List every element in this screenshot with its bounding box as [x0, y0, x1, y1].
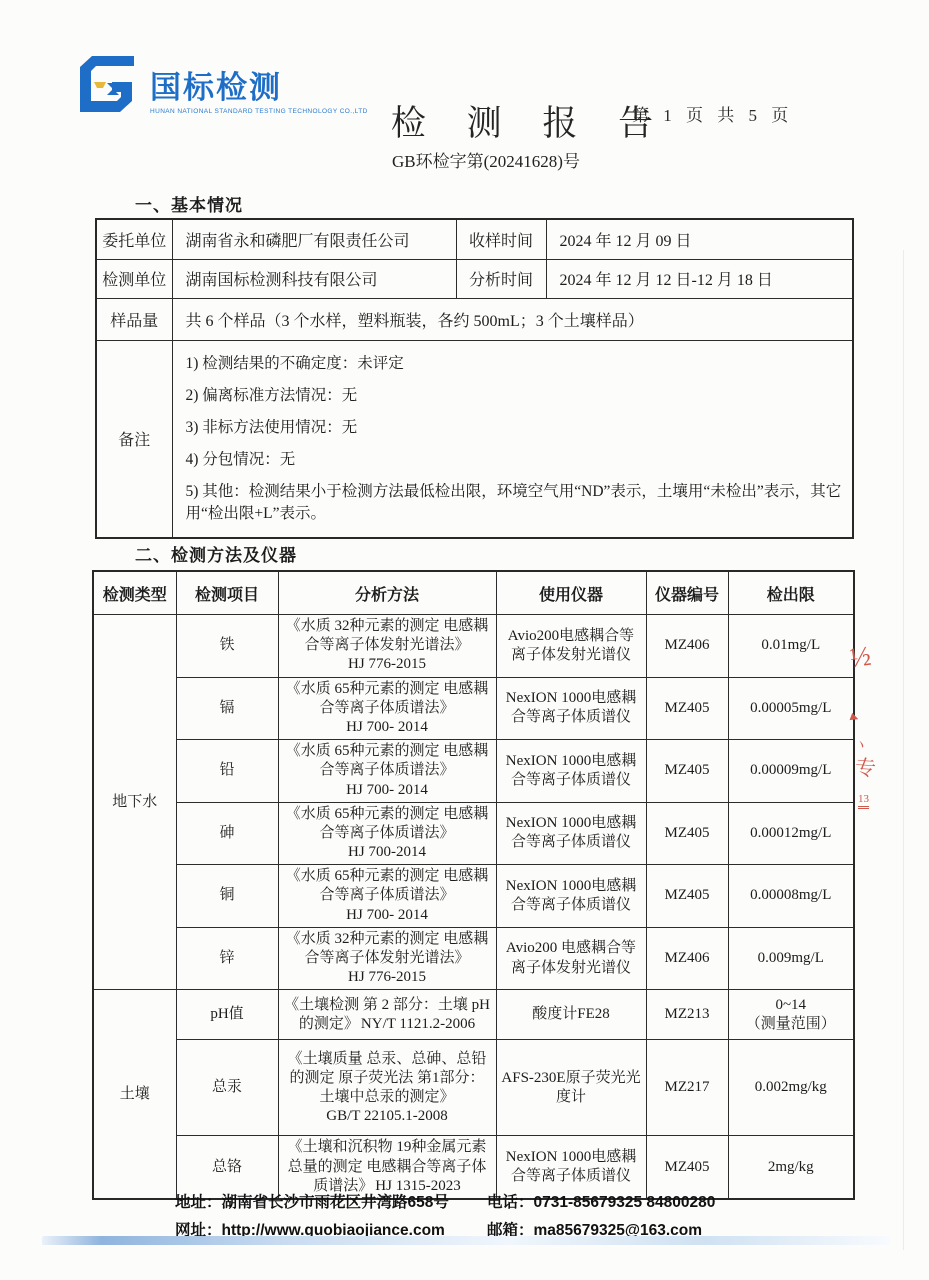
method-cell: 《土壤检测 第 2 部分：土壤 pH 的测定》NY/T 1121.2-2006 [278, 990, 496, 1040]
col-header: 检出限 [728, 571, 854, 615]
method-cell: 《水质 65种元素的测定 电感耦合等离子体质谱法》HJ 700-2014 [278, 802, 496, 865]
remark-line: 2) 偏离标准方法情况：无 [186, 385, 849, 407]
company-logo: 国标检测 HUNAN NATIONAL STANDARD TESTING TEC… [74, 52, 368, 116]
method-cell: 《水质 32种元素的测定 电感耦合等离子体发射光谱法》HJ 776-2015 [278, 615, 496, 678]
col-header: 使用仪器 [496, 571, 646, 615]
col-header: 检测项目 [176, 571, 278, 615]
table-row: 镉 《水质 65种元素的测定 电感耦合等离子体质谱法》HJ 700- 2014 … [93, 677, 854, 740]
code-cell: MZ213 [646, 990, 728, 1040]
instrument-cell: AFS-230E原子荧光光度计 [496, 1040, 646, 1136]
code-cell: MZ405 [646, 740, 728, 803]
instrument-cell: NexION 1000电感耦合等离子体质谱仪 [496, 802, 646, 865]
margin-annotation: 专 [854, 751, 877, 782]
limit-cell: 0.002mg/kg [728, 1040, 854, 1136]
table-row: 总汞 《土壤质量 总汞、总砷、总铅的测定 原子荧光法 第1部分：土壤中总汞的测定… [93, 1040, 854, 1136]
method-cell: 《水质 32种元素的测定 电感耦合等离子体发射光谱法》HJ 776-2015 [278, 927, 496, 990]
table-row: 锌 《水质 32种元素的测定 电感耦合等离子体发射光谱法》HJ 776-2015… [93, 927, 854, 990]
methods-instruments-table: 检测类型 检测项目 分析方法 使用仪器 仪器编号 检出限 地下水 铁 《水质 3… [92, 570, 855, 1200]
group-cell: 地下水 [93, 615, 176, 990]
method-cell: 《水质 65种元素的测定 电感耦合等离子体质谱法》HJ 700- 2014 [278, 865, 496, 928]
instrument-cell: Avio200 电感耦合等离子体发射光谱仪 [496, 927, 646, 990]
cell-label: 收样时间 [456, 219, 546, 259]
instrument-cell: Avio200电感耦合等离子体发射光谱仪 [496, 615, 646, 678]
instrument-cell: NexION 1000电感耦合等离子体质谱仪 [496, 865, 646, 928]
code-cell: MZ406 [646, 615, 728, 678]
item-cell: 总汞 [176, 1040, 278, 1136]
limit-cell: 0.009mg/L [728, 927, 854, 990]
item-cell: 铁 [176, 615, 278, 678]
limit-cell: 0.00009mg/L [728, 740, 854, 803]
method-cell: 《水质 65种元素的测定 电感耦合等离子体质谱法》HJ 700- 2014 [278, 740, 496, 803]
code-cell: MZ405 [646, 677, 728, 740]
instrument-cell: 酸度计FE28 [496, 990, 646, 1040]
scanned-report-page: 国标检测 HUNAN NATIONAL STANDARD TESTING TEC… [0, 0, 929, 1280]
footer-phone: 电话：0731-85679325 84800280 [487, 1190, 715, 1212]
logo-g-icon [74, 52, 138, 116]
cell-value: 湖南省永和磷肥厂有限责任公司 [172, 219, 456, 259]
cell-label: 检测单位 [96, 259, 172, 298]
item-cell: 铅 [176, 740, 278, 803]
item-cell: 砷 [176, 802, 278, 865]
cell-label: 样品量 [96, 298, 172, 340]
table-row: 砷 《水质 65种元素的测定 电感耦合等离子体质谱法》HJ 700-2014 N… [93, 802, 854, 865]
item-cell: 镉 [176, 677, 278, 740]
section2-heading: 二、检测方法及仪器 [135, 541, 297, 566]
table-row: 样品量 共 6 个样品（3 个水样，塑料瓶装，各约 500mL；3 个土壤样品） [96, 298, 853, 340]
cell-value: 共 6 个样品（3 个水样，塑料瓶装，各约 500mL；3 个土壤样品） [172, 298, 853, 340]
brand-tagline: HUNAN NATIONAL STANDARD TESTING TECHNOLO… [150, 108, 368, 115]
code-cell: MZ217 [646, 1040, 728, 1136]
limit-cell: 0.00005mg/L [728, 677, 854, 740]
instrument-cell: NexION 1000电感耦合等离子体质谱仪 [496, 677, 646, 740]
code-cell: MZ405 [646, 802, 728, 865]
page-indicator: 第 1 页 共 5 页 [632, 101, 793, 126]
cell-value: 2024 年 12 月 12 日-12 月 18 日 [546, 259, 853, 298]
footer-address: 地址：湖南省长沙市雨花区井湾路658号 [175, 1190, 487, 1212]
table-row: 地下水 铁 《水质 32种元素的测定 电感耦合等离子体发射光谱法》HJ 776-… [93, 615, 854, 678]
item-cell: pH值 [176, 990, 278, 1040]
remark-line: 3) 非标方法使用情况：无 [186, 417, 849, 439]
remarks-cell: 1) 检测结果的不确定度：未评定 2) 偏离标准方法情况：无 3) 非标方法使用… [172, 340, 853, 538]
footer-accent-bar [42, 1236, 890, 1245]
method-cell: 《土壤质量 总汞、总砷、总铅的测定 原子荧光法 第1部分：土壤中总汞的测定》GB… [278, 1040, 496, 1136]
margin-annotation: 13 [858, 793, 869, 809]
cell-value: 2024 年 12 月 09 日 [546, 219, 853, 259]
method-cell: 《水质 65种元素的测定 电感耦合等离子体质谱法》HJ 700- 2014 [278, 677, 496, 740]
limit-cell: 0~14 （测量范围） [728, 990, 854, 1040]
instrument-cell: NexION 1000电感耦合等离子体质谱仪 [496, 740, 646, 803]
remark-line: 4) 分包情况：无 [186, 449, 849, 471]
table-row: 委托单位 湖南省永和磷肥厂有限责任公司 收样时间 2024 年 12 月 09 … [96, 219, 853, 259]
item-cell: 锌 [176, 927, 278, 990]
code-cell: MZ405 [646, 865, 728, 928]
margin-annotation: ½ [848, 641, 873, 676]
scan-crease-line [903, 250, 904, 1250]
section1-heading: 一、基本情况 [135, 191, 243, 216]
table-row: 土壤 pH值 《土壤检测 第 2 部分：土壤 pH 的测定》NY/T 1121.… [93, 990, 854, 1040]
group-cell: 土壤 [93, 990, 176, 1199]
remark-line: 1) 检测结果的不确定度：未评定 [186, 353, 849, 375]
table-row: 备注 1) 检测结果的不确定度：未评定 2) 偏离标准方法情况：无 3) 非标方… [96, 340, 853, 538]
limit-cell: 0.00008mg/L [728, 865, 854, 928]
code-cell: MZ406 [646, 927, 728, 990]
item-cell: 铜 [176, 865, 278, 928]
table-header-row: 检测类型 检测项目 分析方法 使用仪器 仪器编号 检出限 [93, 571, 854, 615]
table-row: 铜 《水质 65种元素的测定 电感耦合等离子体质谱法》HJ 700- 2014 … [93, 865, 854, 928]
col-header: 分析方法 [278, 571, 496, 615]
brand-name: 国标检测 [150, 72, 368, 103]
limit-cell: 0.01mg/L [728, 615, 854, 678]
cell-label: 委托单位 [96, 219, 172, 259]
col-header: 仪器编号 [646, 571, 728, 615]
table-row: 铅 《水质 65种元素的测定 电感耦合等离子体质谱法》HJ 700- 2014 … [93, 740, 854, 803]
col-header: 检测类型 [93, 571, 176, 615]
basic-info-table: 委托单位 湖南省永和磷肥厂有限责任公司 收样时间 2024 年 12 月 09 … [95, 218, 854, 539]
cell-label: 备注 [96, 340, 172, 538]
remark-line: 5) 其他：检测结果小于检测方法最低检出限，环境空气用“ND”表示，土壤用“未检… [186, 481, 849, 525]
cell-label: 分析时间 [456, 259, 546, 298]
cell-value: 湖南国标检测科技有限公司 [172, 259, 456, 298]
logo-gold-shape [94, 82, 106, 88]
report-number: GB环检字第(20241628)号 [330, 147, 642, 172]
limit-cell: 0.00012mg/L [728, 802, 854, 865]
table-row: 检测单位 湖南国标检测科技有限公司 分析时间 2024 年 12 月 12 日-… [96, 259, 853, 298]
